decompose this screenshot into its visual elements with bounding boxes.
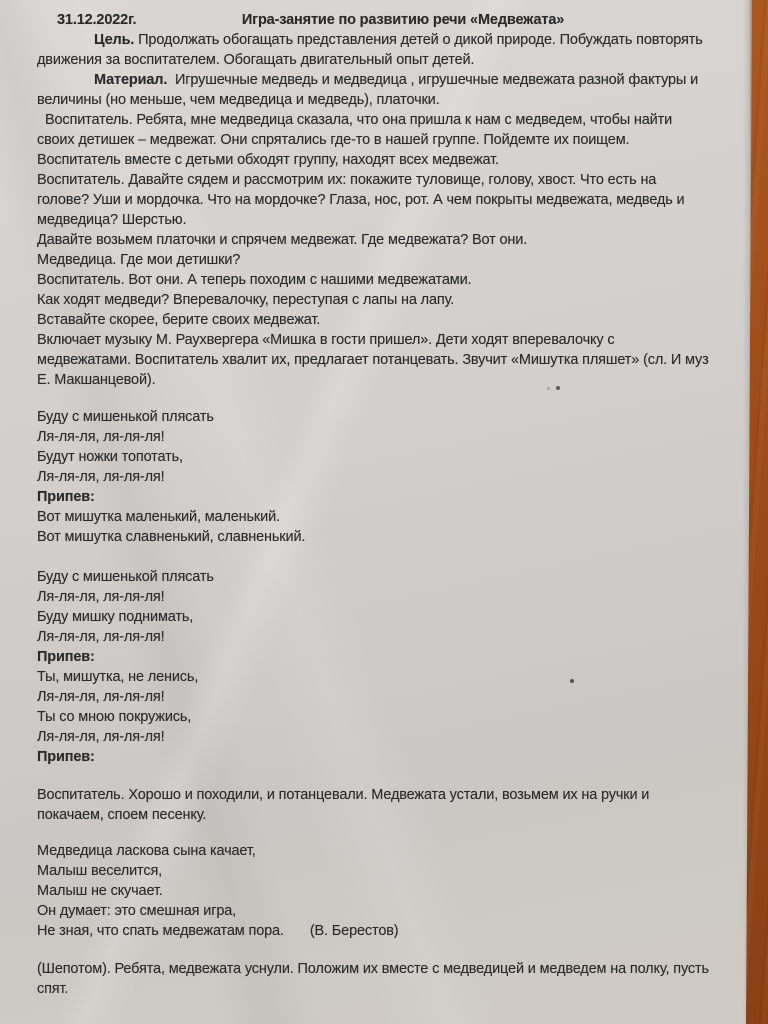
ink-speck	[570, 679, 574, 683]
goal-paragraph: Цель. Продолжать обогащать представления…	[37, 30, 709, 70]
script-paragraph: Воспитатель. Вот они. А теперь походим с…	[37, 270, 709, 290]
script-paragraph: Воспитатель. Ребята, мне медведица сказа…	[37, 110, 709, 150]
poem-line: Не зная, что спать медвежатам пора.(В. Б…	[37, 921, 709, 941]
lyric-line: Будут ножки топотать,	[37, 447, 709, 467]
script-paragraph: Воспитатель вместе с детьми обходят груп…	[37, 150, 709, 170]
lyric-line: Ля-ля-ля, ля-ля-ля!	[37, 467, 709, 487]
poem-line-text: Не зная, что спать медвежатам пора.	[37, 923, 284, 939]
script-paragraph: Давайте возьмем платочки и спрячем медве…	[37, 230, 709, 250]
chorus-label: Припев:	[37, 487, 709, 507]
document-header: 31.12.2022г. Игра-занятие по развитию ре…	[37, 10, 709, 30]
document-title: Игра-занятие по развитию речи «Медвежата…	[37, 10, 709, 30]
lyric-line: Вот мишутка маленький, маленький.	[37, 507, 709, 527]
script-paragraph: Включает музыку М. Раухвергера «Мишка в …	[37, 330, 709, 390]
blank-line	[37, 390, 709, 407]
material-paragraph: Материал. Игрушечные медведь и медведица…	[37, 70, 709, 110]
chorus-label: Припев:	[37, 747, 709, 767]
script-paragraph: Вставайте скорее, берите своих медвежат.	[37, 310, 709, 330]
blank-line	[37, 941, 709, 959]
poem-line: Медведица ласкова сына качает,	[37, 841, 709, 861]
lyric-line: Ля-ля-ля, ля-ля-ля!	[37, 587, 709, 607]
photo-of-document: { "colors": { "desk": "#9d4c1a", "paper"…	[0, 0, 768, 1024]
goal-text: Продолжать обогащать представления детей…	[37, 32, 703, 68]
ink-speck	[556, 386, 560, 390]
lyric-line: Ля-ля-ля, ля-ля-ля!	[37, 727, 709, 747]
song-verse-2: Буду с мишенькой плясать Ля-ля-ля, ля-ля…	[37, 567, 709, 767]
script-paragraph: Как ходят медведи? Вперевалочку, пересту…	[37, 290, 709, 310]
song-verse-1: Буду с мишенькой плясать Ля-ля-ля, ля-ля…	[37, 407, 709, 547]
blank-line	[37, 767, 709, 785]
poem-line: Он думает: это смешная игра,	[37, 901, 709, 921]
paper-sheet: 31.12.2022г. Игра-занятие по развитию ре…	[0, 0, 752, 1024]
lyric-line: Ты, мишутка, не ленись,	[37, 667, 709, 687]
lyric-line: Буду с мишенькой плясать	[37, 407, 709, 427]
teacher-paragraph: Воспитатель. Хорошо и походили, и потанц…	[37, 785, 709, 825]
poem-line: Малыш веселится,	[37, 861, 709, 881]
lyric-line: Ты со мною покружись,	[37, 707, 709, 727]
lullaby-poem: Медведица ласкова сына качает, Малыш вес…	[37, 841, 709, 941]
script-paragraph: Медведица. Где мои детишки?	[37, 250, 709, 270]
lyric-line: Буду с мишенькой плясать	[37, 567, 709, 587]
lyric-line: Ля-ля-ля, ля-ля-ля!	[37, 427, 709, 447]
whisper-paragraph: (Шепотом). Ребята, медвежата уснули. Пол…	[37, 959, 709, 999]
document-date: 31.12.2022г.	[57, 10, 136, 30]
goal-label: Цель.	[94, 32, 134, 48]
script-paragraph: Воспитатель. Давайте сядем и рассмотрим …	[37, 170, 709, 230]
blank-line	[37, 547, 709, 567]
poem-line: Малыш не скучает.	[37, 881, 709, 901]
lyric-line: Ля-ля-ля, ля-ля-ля!	[37, 627, 709, 647]
poem-author: (В. Берестов)	[310, 923, 399, 939]
material-label: Материал.	[94, 72, 167, 88]
lyric-line: Буду мишку поднимать,	[37, 607, 709, 627]
chorus-label: Припев:	[37, 647, 709, 667]
document-content: 31.12.2022г. Игра-занятие по развитию ре…	[0, 0, 752, 1024]
blank-line	[37, 825, 709, 841]
lyric-line: Вот мишутка славненький, славненький.	[37, 527, 709, 547]
lyric-line: Ля-ля-ля, ля-ля-ля!	[37, 687, 709, 707]
ink-speck	[547, 387, 550, 390]
